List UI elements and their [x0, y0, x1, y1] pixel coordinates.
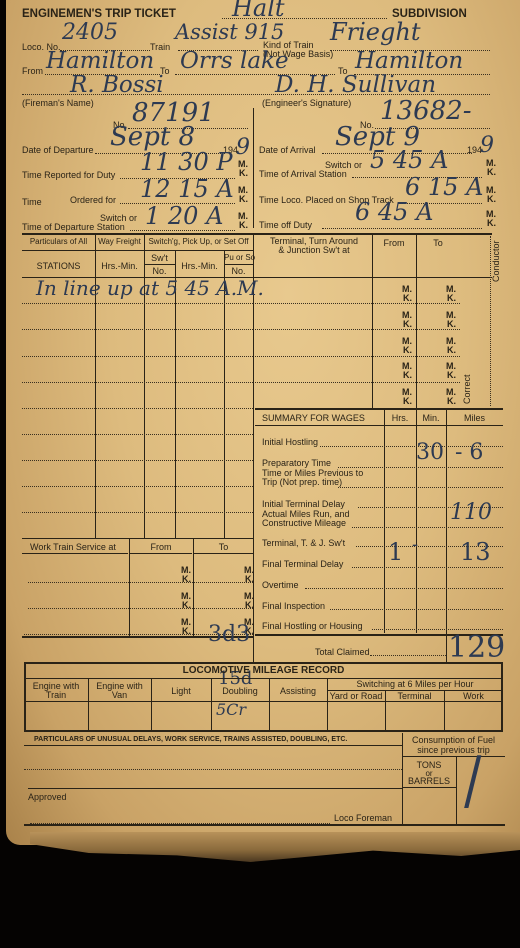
col-yard-road: Yard or Road	[327, 691, 385, 701]
delays-title-rule	[24, 745, 402, 746]
terminal-row-line	[255, 356, 460, 357]
off-duty-mk: M.K.	[482, 210, 496, 228]
head-to: To	[416, 238, 460, 248]
fuel-unit-barrels: BARRELS	[402, 776, 456, 786]
total-claimed-line	[370, 655, 446, 656]
head-particulars: Particulars of All	[22, 237, 95, 247]
col-doubling: Doubling	[211, 686, 269, 696]
terminal-from-mk: M.K.	[398, 337, 412, 355]
head-no: No.	[144, 266, 175, 276]
terminal-from-mk: M.K.	[398, 311, 412, 329]
conductor-label: Conductor	[491, 240, 501, 282]
col-work: Work	[444, 691, 503, 701]
col-terminal: Terminal	[385, 691, 444, 701]
shop-track-mk: M.K.	[482, 186, 496, 204]
summary-row-label: Preparatory Time	[262, 458, 331, 468]
work-train-from: From	[130, 542, 192, 552]
arrival-mk: M.K.	[482, 159, 496, 177]
col-engine-van: Engine with Van	[88, 682, 151, 700]
summary-row-label: Actual Miles Run, and Constructive Milea…	[262, 510, 377, 528]
reported-mk: M.K.	[234, 160, 248, 178]
actual-miles-value: 110	[450, 500, 492, 525]
terminal-row-line	[255, 329, 460, 330]
col-engine-train: Engine with Train	[24, 682, 88, 700]
mileage-title: LOCOMOTIVE MILEAGE RECORD	[24, 666, 503, 676]
summary-row-label: Terminal, T. & J. Sw't	[262, 538, 345, 548]
summary-title: SUMMARY FOR WAGES	[262, 413, 365, 423]
head-no-2: No.	[224, 266, 253, 276]
station-row-line	[22, 434, 253, 435]
summary-row-label: Final Hostling or Housing	[262, 621, 363, 631]
departure-line	[130, 230, 235, 231]
terminal-to-mk: M.K.	[442, 337, 456, 355]
fuel-title-a: Consumption of Fuel	[402, 735, 505, 745]
head-from: From	[372, 238, 416, 248]
arrival-value: 5 45 A	[370, 146, 448, 174]
station-row-1-text: In line up at 5 45 A.M.	[36, 276, 264, 300]
ordered-value: 12 15 A	[140, 175, 234, 203]
fireman-value: R. Bossi	[70, 72, 164, 98]
terminal-bottom-rule	[255, 408, 503, 410]
head-rule	[22, 250, 253, 251]
ordered-label-a: Time	[22, 197, 42, 207]
head-hrs-min-2: Hrs.-Min.	[175, 261, 224, 271]
to1-value: Orrs lake	[180, 48, 289, 74]
summary-row-label: Time or Miles Previous to Trip (Not prep…	[262, 469, 377, 487]
summary-row-line	[330, 609, 503, 610]
switching-group: Switching at 6 Miles per Hour	[327, 679, 503, 689]
head-switching: Switch'g, Pick Up, or Set Off	[144, 237, 253, 247]
summary-col-hrs	[384, 408, 385, 633]
shop-track-value: 6 15 A	[405, 173, 483, 201]
total-claimed-label: Total Claimed	[315, 647, 370, 657]
summary-col-hrs-label: Hrs.	[384, 413, 416, 423]
off-duty-line	[322, 228, 482, 229]
station-row-line	[22, 382, 253, 383]
stations-bottom-rule	[22, 538, 253, 539]
terminal-from-mk: M.K.	[398, 362, 412, 380]
station-row-line	[22, 486, 253, 487]
station-row-line	[22, 356, 253, 357]
summary-col-miles-label: Miles	[446, 413, 503, 423]
work-head-rule	[130, 553, 192, 554]
swt-rule	[144, 264, 175, 265]
mileage-head-rule	[24, 701, 503, 702]
terminal-from-mk: M.K.	[398, 285, 412, 303]
subdivision-value: Halt	[232, 0, 285, 22]
delays-title: PARTICULARS OF UNUSUAL DELAYS, WORK SERV…	[34, 735, 347, 745]
section-rule	[22, 233, 492, 235]
departure-label-b: Time of Departure Station	[22, 222, 125, 232]
arrival-year-value: 9	[480, 133, 494, 158]
prep-time-miles: - 6	[455, 440, 483, 465]
ordered-label-b: Ordered for	[70, 195, 116, 205]
summary-head-rule	[255, 425, 503, 426]
final-delay-miles: 13	[460, 538, 491, 566]
terminal-to-mk: M.K.	[442, 311, 456, 329]
col-assisting: Assisting	[269, 686, 327, 696]
work-head-rule	[194, 553, 253, 554]
head-hrs-min: Hrs.-Min.	[95, 261, 144, 271]
margin-note-1: 3d3	[208, 622, 250, 647]
work-train-to: To	[194, 542, 253, 552]
station-row-line	[22, 329, 253, 330]
summary-row-label: Final Inspection	[262, 601, 325, 611]
summary-row-label: Initial Hostling	[262, 437, 318, 447]
terminal-from-mk: M.K.	[398, 388, 412, 406]
head-way-freight: Way Freight	[95, 237, 144, 247]
arrival-label-b: Time of Arrival Station	[259, 169, 347, 179]
approved-label: Approved	[28, 792, 67, 802]
summary-row-line	[352, 567, 503, 568]
summary-row-line	[352, 527, 503, 528]
engineer-label: (Engineer's Signature)	[262, 98, 351, 108]
station-row-line	[22, 408, 253, 409]
upper-divider	[253, 108, 254, 228]
engineer-value: D. H. Sullivan	[275, 72, 436, 98]
fuel-unit-rule	[402, 787, 456, 788]
reported-label: Time Reported for Duty	[22, 170, 115, 180]
departure-date-label: Date of Departure	[22, 145, 94, 155]
summary-col-min-label: Min.	[416, 413, 446, 423]
summary-row-label: Overtime	[262, 580, 299, 590]
station-row-line	[22, 512, 253, 513]
head-stations: STATIONS	[22, 261, 95, 271]
head-terminal-2: & Junction Sw't at	[255, 245, 373, 255]
departure-value: 1 20 A	[145, 202, 223, 230]
departure-mk: M.K.	[234, 212, 248, 230]
approved-rule	[28, 788, 402, 789]
from-label: From	[22, 66, 43, 76]
final-delay-hrs: 1	[388, 538, 403, 566]
delays-line	[24, 769, 402, 770]
torn-bottom-edge	[30, 832, 520, 862]
fuel-col	[456, 756, 457, 824]
fireman-label: (Fireman's Name)	[22, 98, 94, 108]
terminal-to-mk: M.K.	[442, 362, 456, 380]
summary-row-line	[305, 588, 503, 589]
departure-year-value: 9	[236, 135, 250, 160]
off-duty-label: Time off Duty	[259, 220, 312, 230]
kind-value: Frieght	[330, 18, 420, 46]
work-col-to	[193, 538, 194, 636]
work-row-line	[28, 582, 253, 583]
fuel-title-b: since previous trip	[402, 745, 505, 755]
total-claimed-value: 129	[448, 630, 505, 665]
from-value: Hamilton	[46, 48, 154, 74]
head-swt: Sw't	[144, 253, 175, 263]
terminal-row-line	[255, 382, 460, 383]
to2-value: Hamilton	[355, 48, 463, 74]
head-pu: Pu or So	[224, 253, 253, 263]
work-row-line	[28, 608, 253, 609]
terminal-to-mk: M.K.	[442, 285, 456, 303]
terminal-to-mk: M.K.	[442, 388, 456, 406]
col-light: Light	[151, 686, 211, 696]
fuel-title-rule	[402, 756, 505, 757]
bottom-rule	[24, 824, 505, 826]
station-row-line	[22, 460, 253, 461]
summary-row-line	[338, 487, 503, 488]
fuel-value: /	[464, 746, 481, 816]
reported-value: 11 30 P	[140, 148, 232, 176]
work-train-head: Work Train Service at	[30, 542, 116, 552]
off-duty-value: 6 45 A	[355, 198, 433, 226]
final-delay-min: -	[412, 534, 418, 555]
arrival-date-label: Date of Arrival	[259, 145, 316, 155]
work-col-from	[129, 538, 130, 636]
foreman-label: Loco Foreman	[334, 813, 392, 823]
station-row-line	[22, 303, 253, 304]
summary-row-label: Final Terminal Delay	[262, 559, 343, 569]
ordered-mk: M.K.	[234, 186, 248, 204]
correct-label: Correct	[462, 374, 472, 404]
prep-time-min: 30	[416, 440, 444, 465]
terminal-row-line	[255, 303, 460, 304]
summary-row-label: Initial Terminal Delay	[262, 499, 345, 509]
loco-value: 2405	[62, 20, 118, 45]
pu-rule	[224, 264, 253, 265]
work-head-rule	[22, 553, 128, 554]
